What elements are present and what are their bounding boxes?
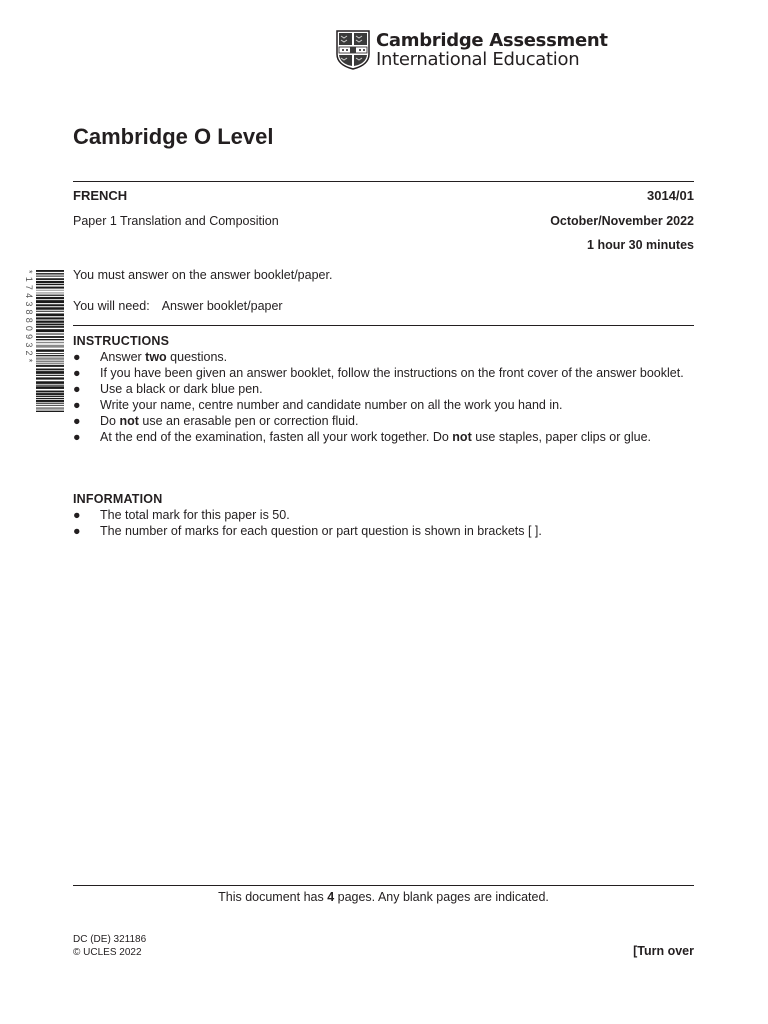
header-divider [73, 181, 694, 182]
information-heading: INFORMATION [73, 492, 162, 506]
copyright: © UCLES 2022 [73, 946, 146, 959]
barcode: *1743880932* [24, 270, 64, 412]
turn-over-label: [Turn over [633, 944, 694, 958]
bullet-icon: ● [73, 365, 100, 381]
logo-text: Cambridge Assessment International Educa… [376, 31, 608, 69]
syllabus-code: 3014/01 [647, 188, 694, 203]
logo-line-1: Cambridge Assessment [376, 31, 608, 50]
footer-divider [73, 885, 694, 886]
instructions-list: ●Answer two questions.●If you have been … [73, 349, 694, 445]
page-title: Cambridge O Level [73, 124, 274, 150]
bullet-icon: ● [73, 507, 100, 523]
barcode-bars-icon [36, 270, 64, 412]
logo-line-2: International Education [376, 50, 608, 69]
instructions-item: ●If you have been given an answer bookle… [73, 365, 694, 381]
pages-note: This document has 4 pages. Any blank pag… [73, 890, 694, 904]
exam-session: October/November 2022 [550, 214, 694, 228]
instructions-item: ●At the end of the examination, fasten a… [73, 429, 694, 445]
dc-code: DC (DE) 321186 [73, 933, 146, 946]
bullet-icon: ● [73, 429, 100, 445]
information-item: ●The number of marks for each question o… [73, 523, 694, 539]
cambridge-logo: Cambridge Assessment International Educa… [336, 30, 608, 70]
barcode-digits: *1743880932* [24, 270, 34, 412]
instructions-item: ●Do not use an erasable pen or correctio… [73, 413, 694, 429]
information-item: ●The total mark for this paper is 50. [73, 507, 694, 523]
instructions-heading: INSTRUCTIONS [73, 334, 169, 348]
subject-name: FRENCH [73, 188, 127, 203]
will-need-text: You will need:Answer booklet/paper [73, 299, 283, 313]
bullet-icon: ● [73, 523, 100, 539]
instructions-item: ●Use a black or dark blue pen. [73, 381, 694, 397]
instructions-item: ●Answer two questions. [73, 349, 694, 365]
document-code: DC (DE) 321186 © UCLES 2022 [73, 933, 146, 959]
crest-icon [336, 30, 370, 70]
instructions-item: ●Write your name, centre number and cand… [73, 397, 694, 413]
requirements-divider [73, 325, 694, 326]
answer-on-text: You must answer on the answer booklet/pa… [73, 268, 332, 282]
bullet-icon: ● [73, 381, 100, 397]
will-need-label: You will need: [73, 299, 150, 313]
information-list: ●The total mark for this paper is 50.●Th… [73, 507, 694, 539]
exam-duration: 1 hour 30 minutes [587, 238, 694, 252]
bullet-icon: ● [73, 349, 100, 365]
paper-name: Paper 1 Translation and Composition [73, 214, 279, 228]
bullet-icon: ● [73, 397, 100, 413]
will-need-value: Answer booklet/paper [162, 299, 283, 313]
bullet-icon: ● [73, 413, 100, 429]
